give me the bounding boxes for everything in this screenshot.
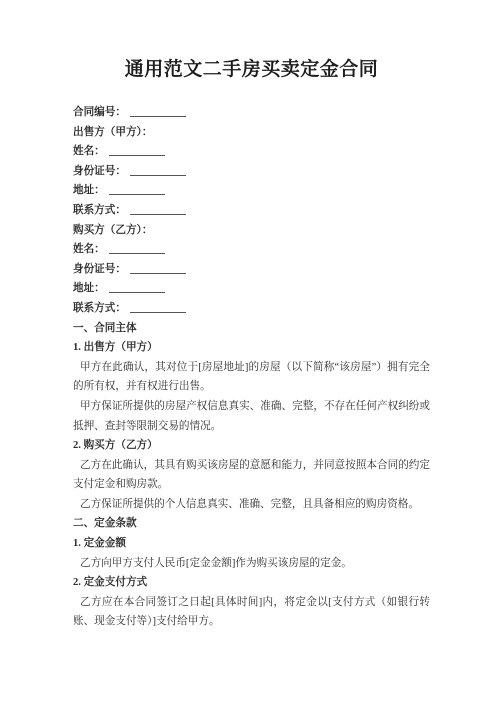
- field-label: 出售方（甲方）：: [73, 127, 152, 138]
- field-blank-line: [130, 164, 186, 176]
- field-blank-line: [130, 301, 186, 313]
- field-row-buyer-party: 购买方（乙方）：: [73, 221, 430, 241]
- contract-paragraph: 乙方保证所提供的个人信息真实、准确、完整，且具备相应的购房资格。: [73, 495, 430, 515]
- section-heading-deposit-terms: 二、定金条款: [73, 514, 430, 534]
- clause-heading-buyer: 2. 购买方（乙方）: [73, 436, 430, 456]
- section-heading-contract-parties: 一、合同主体: [73, 319, 430, 339]
- field-label: 地址：: [73, 185, 105, 196]
- field-label: 地址：: [73, 283, 105, 294]
- field-label: 姓名：: [73, 146, 105, 157]
- field-row-buyer-contact: 联系方式：: [73, 299, 430, 319]
- field-blank-line: [130, 262, 186, 274]
- contract-document: 通用范文二手房买卖定金合同 合同编号： 出售方（甲方）： 姓名： 身份证号： 地…: [0, 0, 500, 632]
- contract-header-fields: 合同编号： 出售方（甲方）： 姓名： 身份证号： 地址： 联系方式： 购买方（乙…: [73, 103, 430, 319]
- contract-body: 一、合同主体 1. 出售方（甲方） 甲方在此确认，其对位于[房屋地址]的房屋（以…: [73, 319, 430, 633]
- field-label: 合同编号：: [73, 107, 126, 118]
- field-row-seller-contact: 联系方式：: [73, 201, 430, 221]
- clause-heading-deposit-payment-method: 2. 定金支付方式: [73, 573, 430, 593]
- field-row-buyer-address: 地址：: [73, 279, 430, 299]
- field-label: 身份证号：: [73, 264, 126, 275]
- field-row-seller-name: 姓名：: [73, 142, 430, 162]
- contract-paragraph: 甲方保证所提供的房屋产权信息真实、准确、完整，不存在任何产权纠纷或抵押、查封等限…: [73, 397, 430, 436]
- contract-page: 通用范文二手房买卖定金合同 合同编号： 出售方（甲方）： 姓名： 身份证号： 地…: [0, 0, 500, 707]
- field-row-seller-id-number: 身份证号：: [73, 162, 430, 182]
- document-title: 通用范文二手房买卖定金合同: [73, 58, 430, 82]
- field-row-buyer-id-number: 身份证号：: [73, 260, 430, 280]
- field-label: 联系方式：: [73, 303, 126, 314]
- field-row-buyer-name: 姓名：: [73, 240, 430, 260]
- clause-heading-seller: 1. 出售方（甲方）: [73, 338, 430, 358]
- field-row-contract-number: 合同编号：: [73, 103, 430, 123]
- field-row-seller-party: 出售方（甲方）：: [73, 123, 430, 143]
- contract-paragraph: 乙方在此确认，其具有购买该房屋的意愿和能力，并同意按照本合同的约定支付定金和购房…: [73, 456, 430, 495]
- field-blank-line: [130, 105, 186, 117]
- contract-paragraph: 乙方向甲方支付人民币[定金金额]作为购买该房屋的定金。: [73, 554, 430, 574]
- field-blank-line: [109, 183, 165, 195]
- field-row-seller-address: 地址：: [73, 181, 430, 201]
- field-label: 购买方（乙方）：: [73, 225, 152, 236]
- field-label: 身份证号：: [73, 166, 126, 177]
- contract-paragraph: 乙方应在本合同签订之日起[具体时间]内，将定金以[支付方式（如银行转账、现金支付…: [73, 593, 430, 632]
- contract-paragraph: 甲方在此确认，其对位于[房屋地址]的房屋（以下简称“该房屋”）拥有完全的所有权，…: [73, 358, 430, 397]
- field-label: 姓名：: [73, 244, 105, 255]
- field-blank-line: [109, 281, 165, 293]
- field-blank-line: [130, 203, 186, 215]
- field-label: 联系方式：: [73, 205, 126, 216]
- clause-heading-deposit-amount: 1. 定金金额: [73, 534, 430, 554]
- field-blank-line: [109, 242, 165, 254]
- field-blank-line: [109, 144, 165, 156]
